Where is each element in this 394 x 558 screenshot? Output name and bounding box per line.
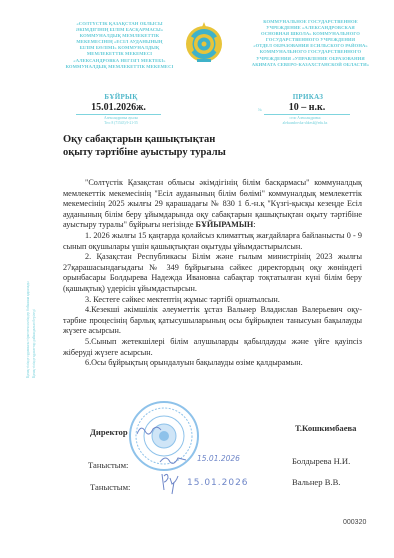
serial-number: 000320 bbox=[343, 519, 366, 526]
handwritten-date-1: 15.01.2026 bbox=[197, 454, 240, 463]
title-line-1: Оқу сабақтарын қашықтықтан bbox=[63, 133, 226, 146]
preamble-paragraph: "Солтүстік Қазақстан облысы әкімдігінің … bbox=[63, 178, 362, 231]
kz-phone-line: Тел: 8 (71543) 9-21-55 bbox=[86, 121, 156, 126]
header-kz-line: коммуналдық мемлекеттік мекемесі bbox=[52, 64, 187, 70]
order-type-kz: БҰЙРЫҚ bbox=[96, 93, 146, 101]
number-sign: № bbox=[258, 107, 262, 112]
signature-1-icon bbox=[158, 452, 190, 468]
order-item-1: 1. 2026 жылғы 15 қаңтарда қолайсыз клима… bbox=[63, 231, 362, 252]
side-note-2: Қазақ тілінде құжаттар дайындалып беріле… bbox=[32, 309, 36, 378]
side-notes: Қазақ тілінде сұранысы тіркелген мәтінде… bbox=[22, 218, 52, 378]
order-number: 10 – н.к. bbox=[264, 102, 350, 115]
order-item-5: 5.Сынып жетекшілері білім алушыларды қаб… bbox=[63, 337, 362, 358]
order-word: БҰЙЫРАМЫН bbox=[196, 220, 254, 229]
acquainted-name-2: Вальнер В.В. bbox=[292, 477, 340, 487]
acquainted-label-1: Таныстым: bbox=[88, 460, 128, 470]
order-date: 15.01.2026ж. bbox=[76, 102, 161, 115]
signature-2-icon bbox=[158, 470, 182, 496]
acquainted-name-1: Болдырева Н.И. bbox=[292, 456, 350, 466]
kz-address: Александровка ауылы Тел: 8 (71543) 9-21-… bbox=[86, 116, 156, 125]
order-colon: : bbox=[253, 220, 255, 229]
ru-address: село Александровка aleksandrovka-shkesil… bbox=[265, 116, 345, 125]
director-name: Т.Кошкимбаева bbox=[295, 423, 356, 433]
order-item-3: 3. Кестеге сәйкес мектептің жұмыс тәртіб… bbox=[63, 295, 362, 306]
order-type-ru: ПРИКАЗ bbox=[278, 93, 338, 101]
order-item-6: 6.Осы бұйрықтың орындалуын бақылауды өзі… bbox=[63, 358, 362, 369]
ru-email-line: aleksandrovka-shkesil@edu.kz bbox=[265, 121, 345, 126]
order-item-4: 4.Кезекші әкімшілік әлеуметтік ұстаз Вал… bbox=[63, 305, 362, 337]
kazakhstan-state-emblem-icon bbox=[184, 14, 224, 72]
handwritten-date-2: 15.01.2026 bbox=[187, 478, 249, 488]
order-item-2: 2. Қазақстан Республикасы Білім және ғыл… bbox=[63, 252, 362, 294]
header-ru-line: акимата Северо-Казахстанской области» bbox=[238, 62, 383, 68]
director-signature-icon bbox=[135, 422, 165, 438]
document-title: Оқу сабақтарын қашықтықтан оқыту тәртібі… bbox=[63, 133, 226, 159]
side-note-1: Қазақ тілінде сұранысы тіркелген мәтінде… bbox=[26, 281, 30, 378]
header-ru-line: учреждения «Управление образования bbox=[238, 56, 383, 62]
director-label: Директор bbox=[90, 427, 128, 437]
title-line-2: оқыту тәртібіне ауыстыру туралы bbox=[63, 146, 226, 159]
header-kz-organization: «Солтүстік Қазақстан облысы әкімдігінің … bbox=[52, 21, 187, 70]
acquainted-label-2: Таныстым: bbox=[90, 482, 130, 492]
order-number-line: № 10 – н.к. bbox=[258, 102, 350, 115]
document-body: "Солтүстік Қазақстан облысы әкімдігінің … bbox=[63, 178, 362, 369]
header-ru-organization: Коммунальное государственное учреждение … bbox=[238, 19, 383, 68]
